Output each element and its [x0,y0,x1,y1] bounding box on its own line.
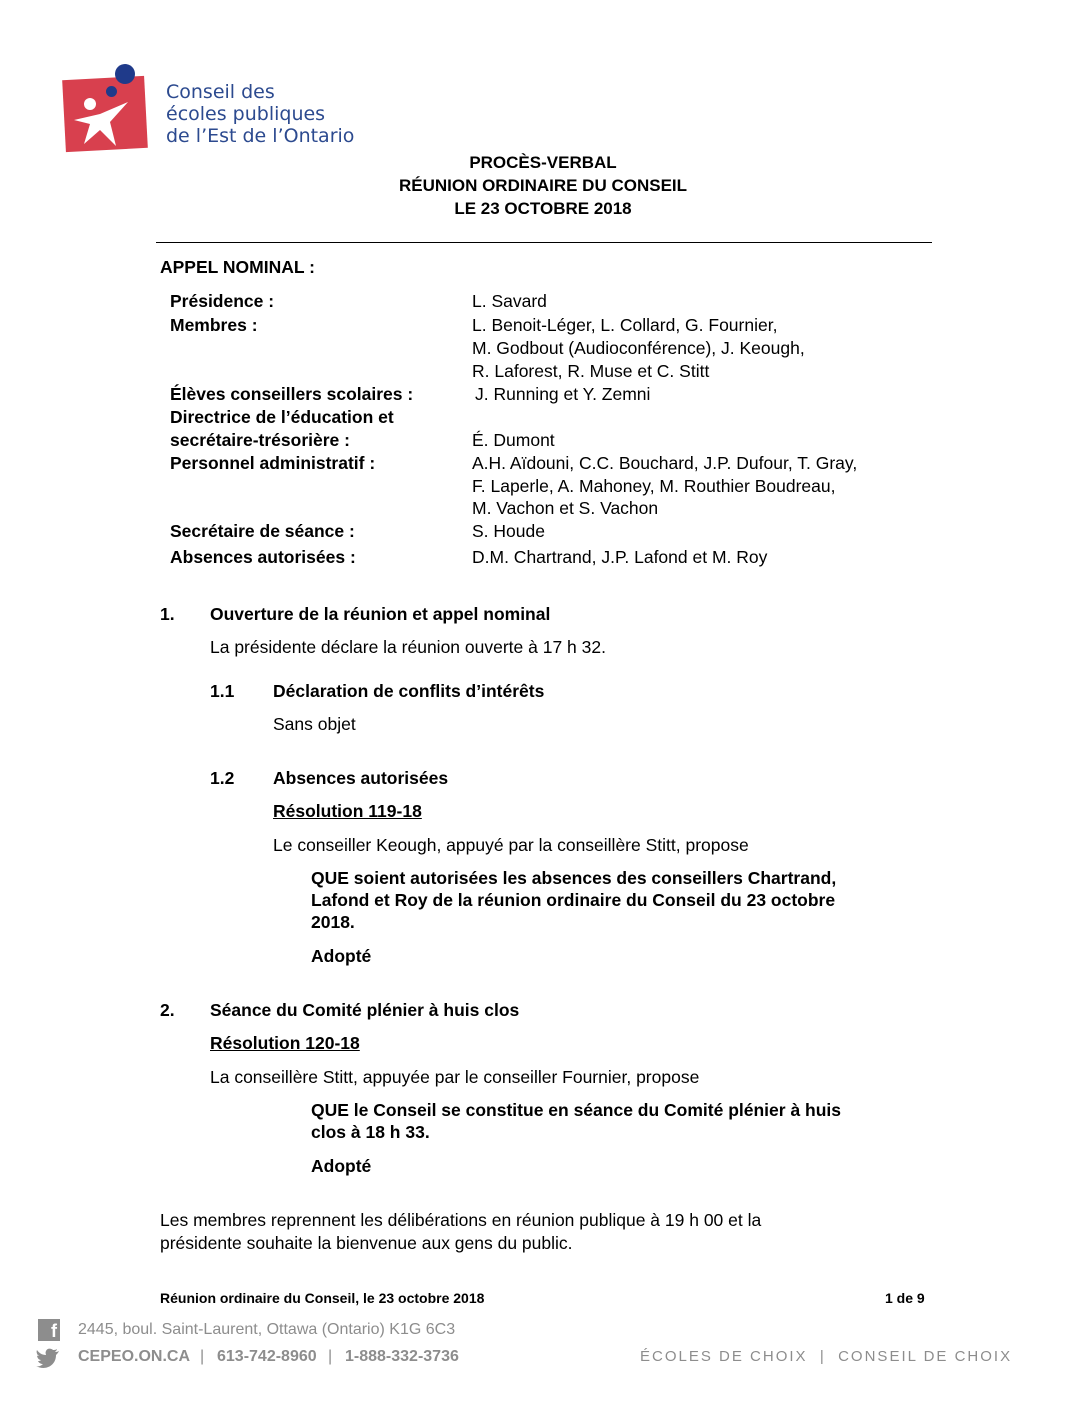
twitter-icon[interactable] [35,1347,61,1369]
subsection-number: 1.1 [210,680,234,703]
motion-text: 2018. [311,911,355,934]
motion-outcome: Adopté [311,945,371,968]
footer-address: 2445, boul. Saint-Laurent, Ottawa (Ontar… [78,1321,455,1339]
section-title: Ouverture de la réunion et appel nominal [210,603,550,626]
subsection-text: Sans objet [273,713,356,736]
subsection-title: Absences autorisées [273,767,448,790]
roll-value: F. Laperle, A. Mahoney, M. Routhier Boud… [472,475,836,498]
roll-label: secrétaire-trésorière : [170,429,350,452]
title-line: PROCÈS-VERBAL [0,151,1087,174]
footer-website[interactable]: CEPEO.ON.CA [78,1348,190,1366]
mover-text: Le conseiller Keough, appuyé par la cons… [273,834,749,857]
footer-separator: | [200,1348,204,1366]
motion-text: QUE soient autorisées les absences des c… [311,867,836,890]
roll-value: D.M. Chartrand, J.P. Lafond et M. Roy [472,546,767,569]
closing-text: présidente souhaite la bienvenue aux gen… [160,1232,573,1255]
title-line: RÉUNION ORDINAIRE DU CONSEIL [0,174,1087,197]
page-number: 1 de 9 [885,1290,925,1306]
facebook-icon[interactable]: f [38,1319,60,1341]
roll-label: Présidence : [170,290,274,313]
org-name-line: Conseil des [166,81,354,103]
footer-meeting: Réunion ordinaire du Conseil, le 23 octo… [160,1290,484,1306]
resolution-number: Résolution 120-18 [210,1032,360,1055]
roll-label: Directrice de l’éducation et [170,406,394,429]
roll-value: A.H. Aïdouni, C.C. Bouchard, J.P. Dufour… [472,452,857,475]
title-line: LE 23 OCTOBRE 2018 [0,197,1087,220]
roll-label: Absences autorisées : [170,546,356,569]
roll-value: M. Godbout (Audioconférence), J. Keough, [472,337,805,360]
divider [156,242,932,243]
motion-text: clos à 18 h 33. [311,1121,430,1144]
org-name-line: de l’Est de l’Ontario [166,125,354,147]
roll-value: J. Running et Y. Zemni [475,383,650,406]
footer-tagline: ÉCOLES DE CHOIX | CONSEIL DE CHOIX [640,1348,1012,1365]
subsection-title: Déclaration de conflits d’intérêts [273,680,544,703]
closing-text: Les membres reprennent les délibérations… [160,1209,761,1232]
mover-text: La conseillère Stitt, appuyée par le con… [210,1066,699,1089]
org-name-line: écoles publiques [166,103,354,125]
resolution-number: Résolution 119-18 [273,800,422,823]
roll-label: Élèves conseillers scolaires : [170,383,413,406]
roll-value: L. Savard [472,290,547,313]
section-title: Séance du Comité plénier à huis clos [210,999,519,1022]
footer-phone: 613-742-8960 [217,1348,317,1366]
roll-value: L. Benoit-Léger, L. Collard, G. Fournier… [472,314,777,337]
logo-star-figure-icon [70,92,138,150]
logo-dot-large [115,64,135,84]
section-number: 1. [160,603,175,626]
section-number: 2. [160,999,175,1022]
roll-label: Secrétaire de séance : [170,520,355,543]
roll-label: Membres : [170,314,258,337]
roll-value: É. Dumont [472,429,555,452]
roll-value: R. Laforest, R. Muse et C. Stitt [472,360,709,383]
document-title: PROCÈS-VERBAL RÉUNION ORDINAIRE DU CONSE… [0,151,1087,220]
roll-label: Personnel administratif : [170,452,375,475]
roll-value: M. Vachon et S. Vachon [472,497,658,520]
footer-tollfree: 1-888-332-3736 [345,1348,459,1366]
roll-value: S. Houde [472,520,545,543]
section-text: La présidente déclare la réunion ouverte… [210,636,606,659]
roll-call-heading: APPEL NOMINAL : [160,256,315,279]
motion-text: Lafond et Roy de la réunion ordinaire du… [311,889,835,912]
subsection-number: 1.2 [210,767,234,790]
footer-separator: | [328,1348,332,1366]
org-name: Conseil des écoles publiques de l’Est de… [166,81,354,147]
motion-text: QUE le Conseil se constitue en séance du… [311,1099,841,1122]
motion-outcome: Adopté [311,1155,371,1178]
